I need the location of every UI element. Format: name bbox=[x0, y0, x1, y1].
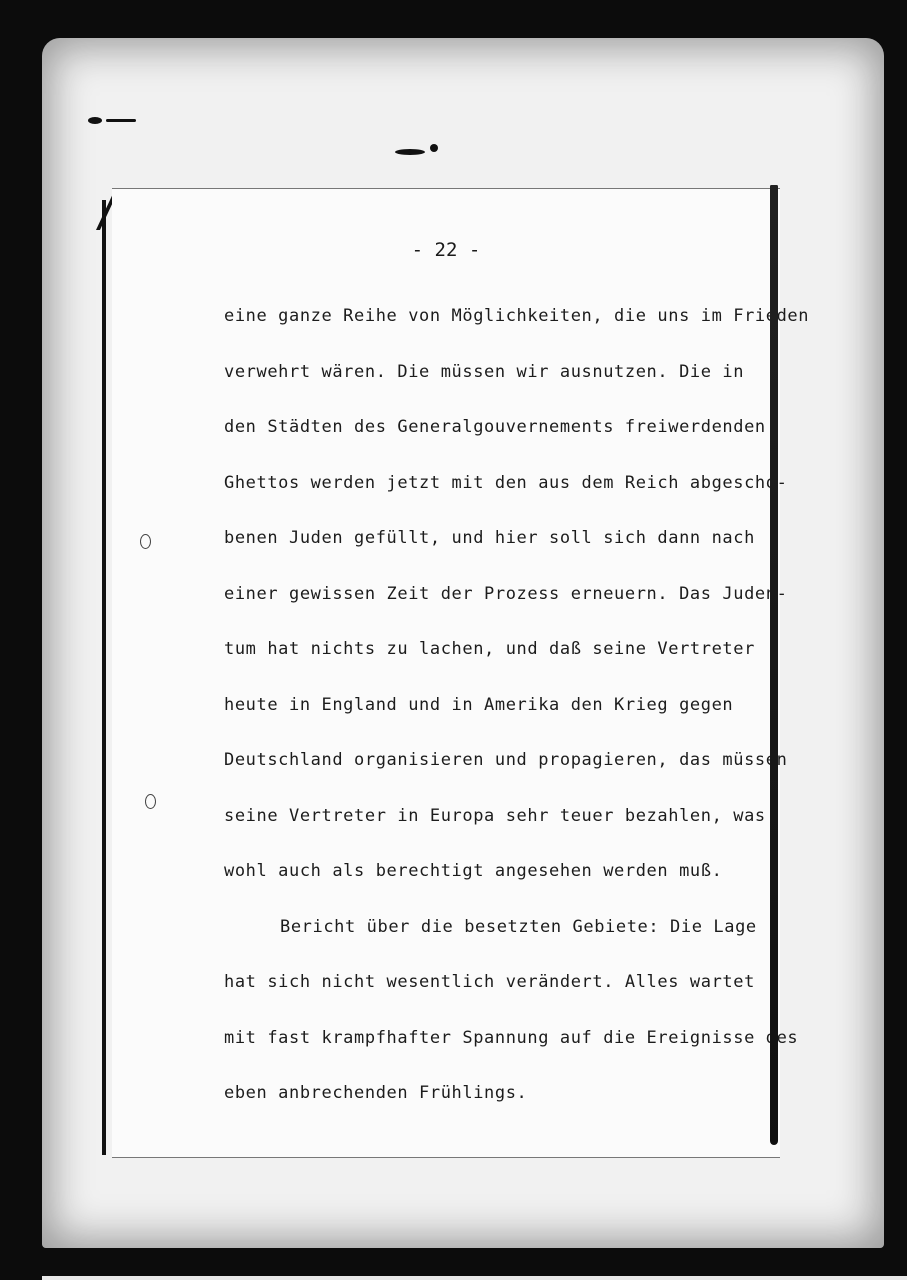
body-text: eine ganze Reihe von Möglichkeiten, die … bbox=[224, 289, 784, 1122]
text-line: benen Juden gefüllt, und hier soll sich … bbox=[224, 511, 784, 567]
text-line: hat sich nicht wesentlich verändert. All… bbox=[224, 955, 784, 1011]
page-number: - 22 - bbox=[112, 239, 780, 261]
text-line: wohl auch als berechtigt angesehen werde… bbox=[224, 844, 784, 900]
text-line: heute in England und in Amerika den Krie… bbox=[224, 678, 784, 734]
text-line: verwehrt wären. Die müssen wir ausnutzen… bbox=[224, 345, 784, 401]
ink-blot bbox=[395, 149, 425, 155]
punch-hole bbox=[145, 794, 156, 809]
paragraph-start-line: Bericht über die besetzten Gebiete: Die … bbox=[224, 900, 784, 956]
text-line: einer gewissen Zeit der Prozess erneuern… bbox=[224, 567, 784, 623]
text-line: seine Vertreter in Europa sehr teuer bez… bbox=[224, 789, 784, 845]
text-line: Ghettos werden jetzt mit den aus dem Rei… bbox=[224, 456, 784, 512]
page-left-edge bbox=[102, 200, 106, 1155]
text-line: eine ganze Reihe von Möglichkeiten, die … bbox=[224, 289, 784, 345]
text-line: den Städten des Generalgouvernements fre… bbox=[224, 400, 784, 456]
ink-blot bbox=[106, 119, 136, 122]
text-line: Deutschland organisieren und propagieren… bbox=[224, 733, 784, 789]
punch-hole bbox=[140, 534, 151, 549]
ink-blot bbox=[88, 117, 102, 124]
page-right-edge bbox=[770, 185, 778, 1145]
text-line: eben anbrechenden Frühlings. bbox=[224, 1066, 784, 1122]
text-line: tum hat nichts zu lachen, und daß seine … bbox=[224, 622, 784, 678]
text-line: mit fast krampfhafter Spannung auf die E… bbox=[224, 1011, 784, 1067]
typed-page: - 22 - eine ganze Reihe von Möglichkeite… bbox=[112, 188, 780, 1158]
ink-blot bbox=[430, 144, 438, 152]
next-frame-edge bbox=[42, 1276, 907, 1280]
